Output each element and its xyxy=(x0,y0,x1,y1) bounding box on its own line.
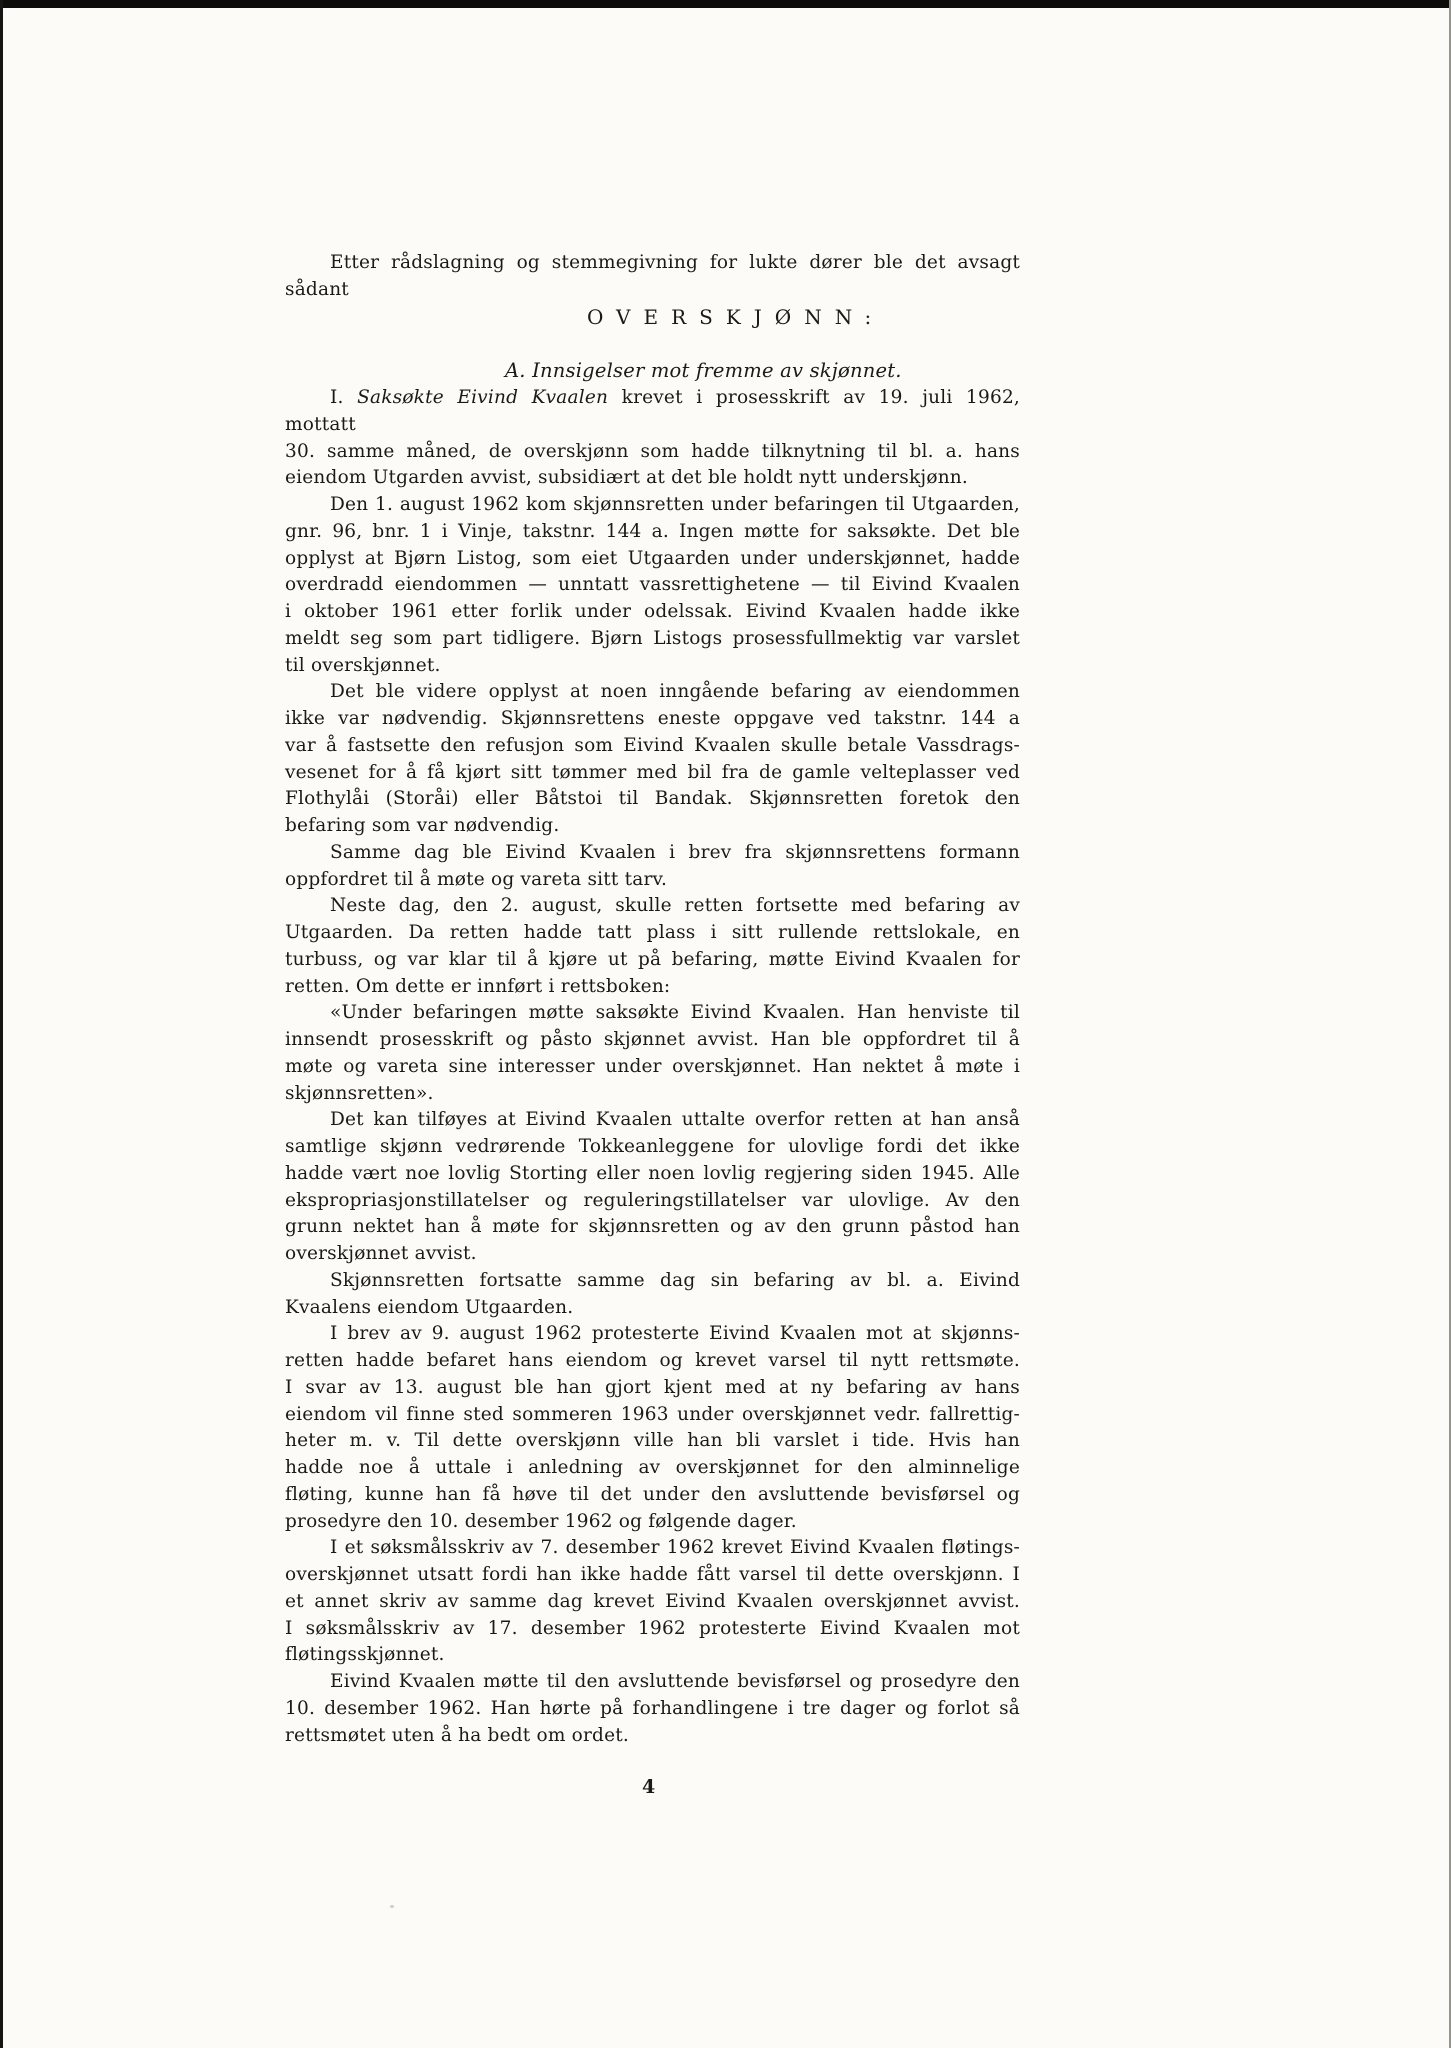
text-line: turbuss, og var klar til å kjøre ut på b… xyxy=(285,947,1020,974)
text-line: eiendom Utgarden avvist, subsidiært at d… xyxy=(285,465,1020,492)
text-line: møte og vareta sine interesser under ove… xyxy=(285,1054,1020,1081)
text-line: 30. samme måned, de overskjønn som hadde… xyxy=(285,439,1020,466)
text-column: Etter rådslagning og stemmegivning for l… xyxy=(285,250,1020,1801)
text-line: gnr. 96, bnr. 1 i Vinje, takstnr. 144 a.… xyxy=(285,519,1020,546)
text-line: hadde noe å uttale i anledning av oversk… xyxy=(285,1455,1020,1482)
text-line: i oktober 1961 etter forlik under odelss… xyxy=(285,599,1020,626)
text-line: sådant xyxy=(285,277,1020,304)
text-line: overdradd eiendommen — unntatt vassretti… xyxy=(285,572,1020,599)
text-line: meldt seg som part tidligere. Bjørn List… xyxy=(285,626,1020,653)
text-line: I. Saksøkte Eivind Kvaalen krevet i pros… xyxy=(285,385,1020,439)
text-line: eiendom vil finne sted sommeren 1963 und… xyxy=(285,1402,1020,1429)
text-line: retten hadde befaret hans eiendom og kre… xyxy=(285,1348,1020,1375)
text-line: Samme dag ble Eivind Kvaalen i brev fra … xyxy=(285,840,1020,867)
text-line: retten. Om dette er innført i rettsboken… xyxy=(285,974,1020,1001)
text-line: innsendt prosesskrift og påsto skjønnet … xyxy=(285,1027,1020,1054)
text-line: Utgaarden. Da retten hadde tatt plass i … xyxy=(285,920,1020,947)
section-title: A. Innsigelser mot fremme av skjønnet. xyxy=(285,358,1020,385)
document-page: Etter rådslagning og stemmegivning for l… xyxy=(0,0,1451,2048)
text-line: opplyst at Bjørn Listog, som eiet Utgaar… xyxy=(285,546,1020,573)
text-line: I søksmålsskriv av 17. desember 1962 pro… xyxy=(285,1616,1020,1643)
scan-border-left xyxy=(0,0,3,2048)
text-line: Skjønnsretten fortsatte samme dag sin be… xyxy=(285,1268,1020,1295)
text-line: I brev av 9. august 1962 protesterte Eiv… xyxy=(285,1321,1020,1348)
text-line: heter m. v. Til dette overskjønn ville h… xyxy=(285,1428,1020,1455)
text-line: fløting, kunne han få høve til det under… xyxy=(285,1482,1020,1509)
text-line: var å fastsette den refusjon som Eivind … xyxy=(285,733,1020,760)
text-line: Det kan tilføyes at Eivind Kvaalen uttal… xyxy=(285,1107,1020,1134)
text-line: Den 1. august 1962 kom skjønnsretten und… xyxy=(285,492,1020,519)
text-line: «Under befaringen møtte saksøkte Eivind … xyxy=(285,1000,1020,1027)
text-line: til overskjønnet. xyxy=(285,653,1020,680)
text-line: overskjønnet utsatt fordi han ikke hadde… xyxy=(285,1562,1020,1589)
scan-speck xyxy=(390,1905,394,1908)
text-line: Eivind Kvaalen møtte til den avsluttende… xyxy=(285,1669,1020,1696)
text-line: skjønnsretten». xyxy=(285,1081,1020,1108)
scan-border-top xyxy=(0,0,1451,8)
opening-statement: Etter rådslagning og stemmegivning for l… xyxy=(285,250,1020,304)
text-line: Etter rådslagning og stemmegivning for l… xyxy=(285,250,1020,277)
text-line: 10. desember 1962. Han hørte på forhandl… xyxy=(285,1696,1020,1723)
judgment-heading: OVERSKJØNN: xyxy=(285,304,1020,331)
text-line: Kvaalens eiendom Utgaarden. xyxy=(285,1295,1020,1322)
text-line: befaring som var nødvendig. xyxy=(285,813,1020,840)
text-line: et annet skriv av samme dag krevet Eivin… xyxy=(285,1589,1020,1616)
text-line: overskjønnet avvist. xyxy=(285,1241,1020,1268)
text-line: ekspropriasjonstillatelser og regulering… xyxy=(285,1188,1020,1215)
text-line: ikke var nødvendig. Skjønnsrettens enest… xyxy=(285,706,1020,733)
text-line: prosedyre den 10. desember 1962 og følge… xyxy=(285,1509,1020,1536)
text-line: samtlige skjønn vedrørende Tokkeanleggen… xyxy=(285,1134,1020,1161)
text-line: fløtingsskjønnet. xyxy=(285,1642,1020,1669)
text-line: rettsmøtet uten å ha bedt om ordet. xyxy=(285,1723,1020,1750)
text-line: Flothylåi (Storåi) eller Båtstoi til Ban… xyxy=(285,786,1020,813)
page-number: 4 xyxy=(285,1774,1020,1801)
text-line: oppfordret til å møte og vareta sitt tar… xyxy=(285,867,1020,894)
body-paragraphs: I. Saksøkte Eivind Kvaalen krevet i pros… xyxy=(285,385,1020,1749)
text-line: hadde vært noe lovlig Storting eller noe… xyxy=(285,1161,1020,1188)
text-line: Neste dag, den 2. august, skulle retten … xyxy=(285,893,1020,920)
text-line: grunn nektet han å møte for skjønnsrette… xyxy=(285,1214,1020,1241)
text-line: vesenet for å få kjørt sitt tømmer med b… xyxy=(285,760,1020,787)
text-line: Det ble videre opplyst at noen inngående… xyxy=(285,679,1020,706)
text-line: I svar av 13. august ble han gjort kjent… xyxy=(285,1375,1020,1402)
text-line: I et søksmålsskriv av 7. desember 1962 k… xyxy=(285,1535,1020,1562)
